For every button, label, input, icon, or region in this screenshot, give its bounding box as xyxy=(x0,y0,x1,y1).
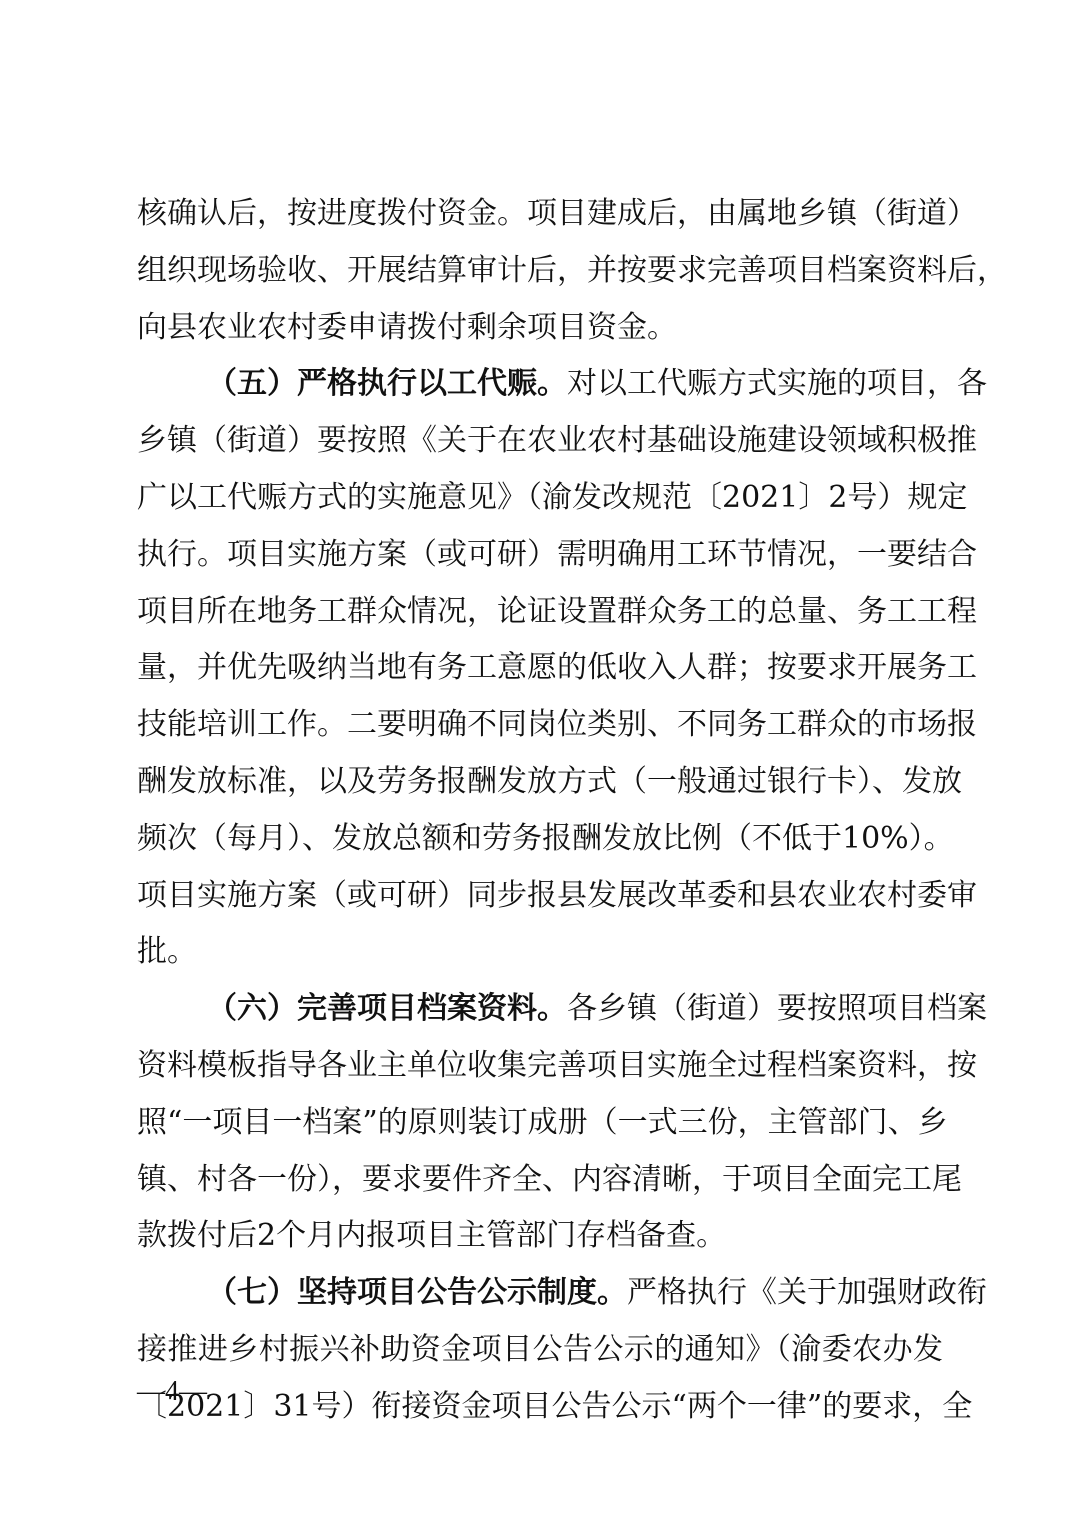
text-line: （七）坚持项目公告公示制度。严格执行《关于加强财政衔 xyxy=(137,1265,943,1322)
paragraph-section-7: （七）坚持项目公告公示制度。严格执行《关于加强财政衔 接推进乡村振兴补助资金项目… xyxy=(137,1265,943,1435)
paragraph-section-5: （五）严格执行以工代赈。对以工代赈方式实施的项目，各 乡镇（街道）要按照《关于在… xyxy=(137,356,943,981)
text-line: 资料模板指导各业主单位收集完善项目实施全过程档案资料，按 xyxy=(137,1038,943,1095)
paragraph-continuation: 核确认后，按进度拨付资金。项目建成后，由属地乡镇（街道） 组织现场验收、开展结算… xyxy=(137,186,943,356)
text-line: 广以工代赈方式的实施意见》（渝发改规范〔2021〕2号）规定 xyxy=(137,470,943,527)
text-line: 镇、村各一份），要求要件齐全、内容清晰，于项目全面完工尾 xyxy=(137,1152,943,1209)
text-line: 批。 xyxy=(137,924,943,981)
text-line: 频次（每月）、发放总额和劳务报酬发放比例（不低于10%）。 xyxy=(137,811,943,868)
section-heading: （七）坚持项目公告公示制度。 xyxy=(207,1275,627,1310)
text-line: 执行。项目实施方案（或可研）需明确用工环节情况，一要结合 xyxy=(137,527,943,584)
text-line: 〔2021〕31号）衔接资金项目公告公示“两个一律”的要求，全 xyxy=(137,1379,943,1436)
text-line: 酬发放标准，以及劳务报酬发放方式（一般通过银行卡）、发放 xyxy=(137,754,943,811)
text-line: 项目实施方案（或可研）同步报县发展改革委和县农业农村委审 xyxy=(137,868,943,925)
document-page-body: 核确认后，按进度拨付资金。项目建成后，由属地乡镇（街道） 组织现场验收、开展结算… xyxy=(137,186,943,1436)
text-line: （六）完善项目档案资料。各乡镇（街道）要按照项目档案 xyxy=(137,981,943,1038)
text-line: 向县农业农村委申请拨付剩余项目资金。 xyxy=(137,300,943,357)
text-line: 接推进乡村振兴补助资金项目公告公示的通知》（渝委农办发 xyxy=(137,1322,943,1379)
text-line: 照“一项目一档案”的原则装订成册（一式三份，主管部门、乡 xyxy=(137,1095,943,1152)
text-line: 核确认后，按进度拨付资金。项目建成后，由属地乡镇（街道） xyxy=(137,186,943,243)
text-line: 组织现场验收、开展结算审计后，并按要求完善项目档案资料后， xyxy=(137,243,943,300)
text-line: 乡镇（街道）要按照《关于在农业农村基础设施建设领域积极推 xyxy=(137,413,943,470)
text-line: 量，并优先吸纳当地有务工意愿的低收入人群；按要求开展务工 xyxy=(137,640,943,697)
text-line: 项目所在地务工群众情况，论证设置群众务工的总量、务工工程 xyxy=(137,584,943,641)
text-line: 款拨付后2个月内报项目主管部门存档备查。 xyxy=(137,1208,943,1265)
section-heading: （五）严格执行以工代赈。 xyxy=(207,366,567,401)
page-number: —4— xyxy=(137,1372,207,1412)
section-text: 各乡镇（街道）要按照项目档案 xyxy=(567,991,987,1026)
paragraph-section-6: （六）完善项目档案资料。各乡镇（街道）要按照项目档案 资料模板指导各业主单位收集… xyxy=(137,981,943,1265)
section-text: 对以工代赈方式实施的项目，各 xyxy=(567,366,987,401)
section-heading: （六）完善项目档案资料。 xyxy=(207,991,567,1026)
section-text: 严格执行《关于加强财政衔 xyxy=(627,1275,987,1310)
text-line: 技能培训工作。二要明确不同岗位类别、不同务工群众的市场报 xyxy=(137,697,943,754)
text-line: （五）严格执行以工代赈。对以工代赈方式实施的项目，各 xyxy=(137,356,943,413)
